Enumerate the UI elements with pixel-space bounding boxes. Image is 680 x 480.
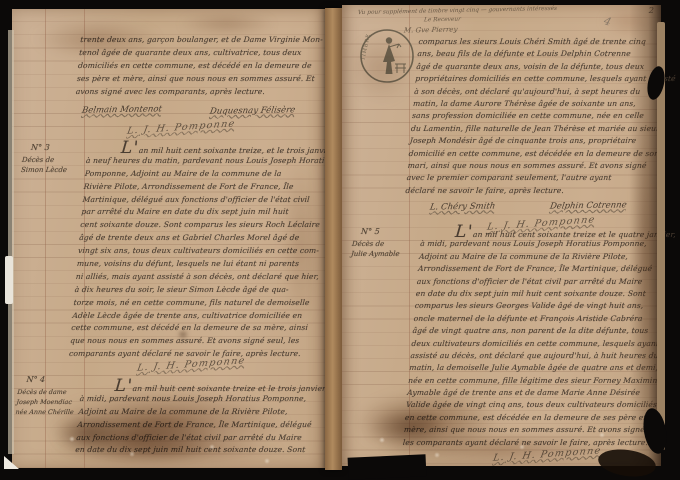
handwritten-line: à son décès, ont déclaré qu'aujourd'hui,… <box>414 86 657 98</box>
handwritten-line: déclaré ne savoir le faire, après lectur… <box>405 185 648 197</box>
handwritten-line: en date du dix sept juin mil huit cent s… <box>415 288 660 300</box>
handwritten-line: Pomponne, Adjoint au Maire de la commune… <box>84 168 331 181</box>
handwritten-line: ses père et mère, ainsi que nous nous en… <box>76 73 321 86</box>
page-number: 2 <box>649 6 654 16</box>
handwritten-line: tenol âgée de quarante deux ans, cultiva… <box>79 47 324 60</box>
handwritten-line: du Lamentin, fille naturelle de Jean Thé… <box>410 123 653 135</box>
handwritten-line: domiciliés en cette commune, est décédé … <box>77 60 322 73</box>
act-continuation-text: comparus les sieurs Louis Chéri Smith âg… <box>405 36 661 197</box>
handwritten-line: âgé de vingt quatre ans, non parent de l… <box>412 325 657 337</box>
handwritten-line: oncle maternel de la défunte et François… <box>413 313 658 325</box>
handwritten-line: aux fonctions d'officier de l'état civil… <box>76 432 323 445</box>
registrar-annotation: Vu pour supplément de timbre vingt cinq … <box>358 6 558 16</box>
handwritten-line: Adjoint au Maire de la commune de la Riv… <box>419 251 664 263</box>
handwritten-line: mune, voisins du défunt, lesquels ne lui… <box>76 258 323 271</box>
handwritten-line: que nous nous en sommes assuré. Et avons… <box>70 335 317 348</box>
handwritten-line: ni alliés, mais ayant assisté à son décè… <box>75 271 322 284</box>
handwritten-line: aux fonctions d'officier de l'état civil… <box>416 276 661 288</box>
act3-body-text: L'an mil huit cent soixante treize, et l… <box>68 142 333 361</box>
handwritten-line: avons signé avec les comparants, après l… <box>75 86 320 99</box>
act4-title: Décès de dameJoseph Moendiacnée Anne Ché… <box>15 387 80 417</box>
handwritten-line: Adjoint au Maire de la commune de la Riv… <box>78 406 325 419</box>
handwritten-line: née Anne Chérille <box>15 407 78 417</box>
handwritten-line: Décès de <box>21 155 78 165</box>
handwritten-line: les comparants ayant déclaré ne savoir l… <box>402 437 647 449</box>
act3-number: N° 3 <box>23 143 80 153</box>
handwritten-line: par arrêté du Maire en date du dix sept … <box>81 206 328 219</box>
margin-note-act4: N° 4 Décès de dameJoseph Moendiacnée Ann… <box>15 375 81 417</box>
handwritten-line: vingt six ans, tous deux cultivateurs do… <box>77 245 324 258</box>
act4-number: N° 4 <box>18 375 81 385</box>
handwritten-line: sans profession domiciliée en cette comm… <box>411 110 654 122</box>
officer-paraph: L. J. H. Pomponne <box>126 118 236 136</box>
handwritten-line: Décès de dame <box>17 387 80 397</box>
handwritten-line: Arrondissement de Fort de France, Île Ma… <box>77 419 324 432</box>
handwritten-line: Joseph Moendiac <box>16 397 79 407</box>
handwritten-line: Aymable âgé de trente ans et de dame Mar… <box>407 387 652 399</box>
handwritten-line: ans, beau fils de la défunte et Louis De… <box>417 48 660 60</box>
handwritten-line: comparus les sieurs Louis Chéri Smith âg… <box>418 36 661 48</box>
handwritten-line: domicilié en cette commune, est décédée … <box>408 148 651 160</box>
handwritten-line: à midi, pardevant nous Louis Joseph Hora… <box>420 238 665 250</box>
page-edge-strip <box>8 30 14 454</box>
handwritten-line: avec le premier comparant seulement, l'a… <box>406 172 649 184</box>
signature-delphin-cotrenne: Delphin Cotrenne <box>549 200 627 211</box>
handwritten-line: Valide âgée de vingt cinq ans, tous deux… <box>405 399 650 411</box>
handwritten-line: Arrondissement de Fort de France, Île Ma… <box>417 263 662 275</box>
handwritten-line: née en cette commune, fille légitime des… <box>408 375 653 387</box>
page-bottom-gap <box>348 454 427 479</box>
handwritten-line: mère, ainsi que nous nous en sommes assu… <box>403 424 648 436</box>
revenue-stamp-icon: TIMBRE <box>354 27 420 85</box>
handwritten-line: L'an mil huit cent soixante treize et le… <box>80 380 327 393</box>
handwritten-line: âgé de trente deux ans et Gabriel Charle… <box>79 232 326 245</box>
handwritten-line: cette commune, est décédé en la demeure … <box>71 322 318 335</box>
underlying-page-edge <box>5 256 13 304</box>
handwritten-line: âgé de quarante deux ans, voisin de la d… <box>416 61 659 73</box>
handwritten-line: L'an mil huit cent soixante treize et le… <box>421 226 666 238</box>
margin-note-act3: N° 3 Décès deSimon Lècde <box>21 143 80 175</box>
signature-duquesnay-felisere: Duquesnay Félisère <box>209 105 296 116</box>
pencil-mark: 4 <box>602 14 613 29</box>
handwritten-line: à dix heures du soir, le sieur Simon Lèc… <box>74 284 321 297</box>
handwritten-line: Julie Aymable <box>351 249 410 259</box>
handwritten-line: mari, ainsi que nous nous en sommes assu… <box>407 160 650 172</box>
handwritten-line: deux cultivateurs domiciliés en cette co… <box>411 338 656 350</box>
handwritten-line: matin, la dame Aurore Thérèse âgée de so… <box>413 98 656 110</box>
handwritten-line: en cette commune, est décédée en la deme… <box>404 412 649 424</box>
handwritten-line: Décès de <box>351 239 410 249</box>
handwritten-line: Martinique, délégué aux fonctions d'offi… <box>82 194 329 207</box>
act4-body-text: L'an mil huit cent soixante treize et le… <box>75 380 328 457</box>
register-scan: trente deux ans, garçon boulanger, et de… <box>0 0 680 480</box>
signature-belmain-montenot: Belmain Montenot <box>81 104 163 115</box>
handwritten-line: Joseph Mondésir âgé de cinquante trois a… <box>409 135 652 147</box>
margin-note-act5: N° 5 Décès deJulie Aymable <box>351 227 412 259</box>
handwritten-line: torze mois, né en cette commune, fils na… <box>73 297 320 310</box>
act3-title: Décès deSimon Lècde <box>21 155 79 175</box>
left-page: trente deux ans, garçon boulanger, et de… <box>12 9 325 468</box>
registrar-annotation-receveur: Le Receveur <box>424 17 461 24</box>
act5-title: Décès deJulie Aymable <box>351 239 411 259</box>
act5-number: N° 5 <box>353 227 412 237</box>
handwritten-line: trente deux ans, garçon boulanger, et de… <box>80 34 325 47</box>
right-page: Vu pour supplément de timbre vingt cinq … <box>342 5 661 466</box>
handwritten-line: Rivière Pilote, Arrondissement de Fort d… <box>83 181 330 194</box>
handwritten-line: comparus les sieurs Georges Valide âgé d… <box>414 300 659 312</box>
svg-text:TIMBRE: TIMBRE <box>360 33 372 61</box>
handwritten-line: propriétaires domiciliés en cette commun… <box>415 73 658 85</box>
handwritten-line: cent soixante douze. Sont comparus les s… <box>80 219 327 232</box>
act5-body-text: L'an mil huit cent soixante treize et le… <box>402 226 666 449</box>
handwritten-line: Adèle Lècde âgée de trente ans, cultivat… <box>72 310 319 323</box>
handwritten-line: matin, la demoiselle Julie Aymable âgée … <box>409 362 654 374</box>
handwritten-line: à midi, pardevant nous Louis Joseph Hora… <box>79 393 326 406</box>
handwritten-line: L'an mil huit cent soixante treize, et l… <box>86 142 333 155</box>
handwritten-line: assisté au décès, ont déclaré que aujour… <box>410 350 655 362</box>
handwritten-line: en date du dix sept juin mil huit cent s… <box>75 444 322 457</box>
binding-gutter <box>325 8 342 470</box>
handwritten-line: Simon Lècde <box>21 165 78 175</box>
handwritten-line: à neuf heures du matin, pardevant nous L… <box>85 155 332 168</box>
act2-continuation-text: trente deux ans, garçon boulanger, et de… <box>75 34 325 98</box>
signature-chery-smith: L. Chéry Smith <box>429 201 496 212</box>
